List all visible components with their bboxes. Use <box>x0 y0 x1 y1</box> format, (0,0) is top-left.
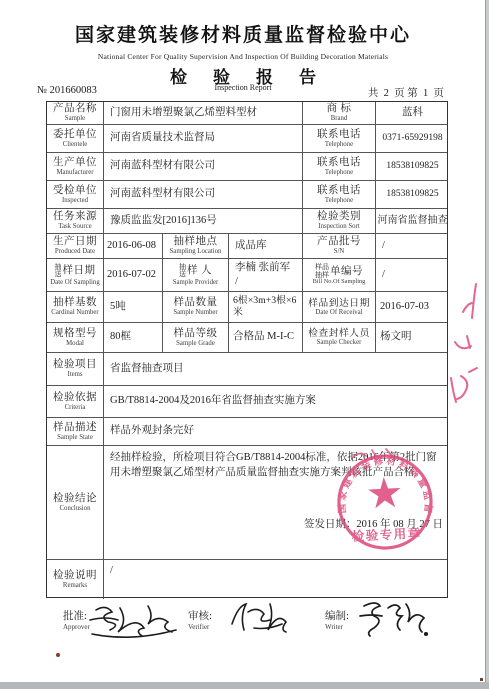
table-row: 抽 送 样日期 Date Of Sampling 2016-07-02 抽 送 … <box>47 259 447 292</box>
page-right-edge <box>485 0 489 689</box>
sample-checker-value: 杨文明 <box>376 323 449 352</box>
receival-date-value: 2016-07-03 <box>376 292 449 322</box>
sample-state-value: 样品外观封条完好 <box>104 418 449 445</box>
page-bottom-edge <box>0 682 489 689</box>
page-count: 共 2 页 第 1 页 <box>368 85 444 100</box>
stamp-star-icon <box>368 476 402 508</box>
produced-date-label: 生产日期 Produced Date <box>47 234 104 258</box>
sample-number-label: 样品数量 Sample Number <box>163 292 229 322</box>
inspected-tel-label: 联系电话 Telephone <box>303 181 376 208</box>
table-row: 生产日期 Produced Date 2016-06-08 抽样地点 Sampl… <box>47 234 447 259</box>
bill-no-value: / <box>376 259 449 291</box>
sample-provider-label: 抽 送 样 人 Sample Provider <box>163 259 229 291</box>
sn-value: / <box>376 234 449 258</box>
org-title-english: National Center For Quality Supervision … <box>0 52 486 61</box>
cardinal-number-label: 抽样基数 Cardinal Number <box>47 292 104 322</box>
criteria-value: GB/T8814-2004及2016年省监督抽查实施方案 <box>104 386 449 417</box>
table-row: 检验项目 Items 省监督抽查项目 <box>47 353 447 386</box>
table-row: 样品描述 Sample State 样品外观封条完好 <box>47 418 447 446</box>
sample-number-value: 6根×3m+3根×6米 <box>229 292 303 322</box>
product-label: 产品名称 Sample <box>47 102 104 124</box>
criteria-label: 检验依据 Criteria <box>47 386 104 417</box>
red-margin-annotation-icon <box>443 278 487 418</box>
conclusion-label: 检验结论 Conclusion <box>47 446 104 559</box>
remarks-value: / <box>104 560 449 599</box>
report-page: 国家建筑装修材料质量监督检验中心 National Center For Qua… <box>0 0 486 682</box>
sampling-location-value: 成品库 <box>229 234 303 258</box>
table-row: 产品名称 Sample 门窗用未增塑聚氯乙烯塑料型材 商 标 Brand 蓝科 <box>47 102 447 125</box>
writer-signature <box>354 596 432 641</box>
approver-signature <box>86 598 181 643</box>
sample-grade-value: 合格品 M-I-C <box>229 323 303 352</box>
client-tel-label: 联系电话 Telephone <box>303 125 376 152</box>
bill-no-label: 样品 抽样 单编号 Bill No.Of Sampling <box>303 259 376 291</box>
modal-label: 规格型号 Modal <box>47 323 104 352</box>
sample-grade-label: 样品等级 Sample Grade <box>163 323 229 352</box>
org-title: 国家建筑装修材料质量监督检验中心 <box>0 20 486 47</box>
sn-label: 产品批号 S/N <box>303 234 376 258</box>
inspected-label: 受检单位 Inspected <box>47 181 104 208</box>
writer-label: 编制: Writer <box>325 608 349 631</box>
manufacturer-tel-label: 联系电话 Telephone <box>303 153 376 180</box>
brand-value: 蓝科 <box>376 102 449 124</box>
sampling-date-value: 2016-07-02 <box>104 259 163 291</box>
inspected-tel-value: 18538109825 <box>376 181 449 208</box>
remarks-label: 检验说明 Remarks <box>47 560 104 599</box>
table-row: 委托单位 Clientele 河南省质量技术监督局 联系电话 Telephone… <box>47 125 447 153</box>
produced-date-value: 2016-06-08 <box>104 234 163 258</box>
manufacturer-label: 生产单位 Manufacturer <box>47 153 104 180</box>
table-row: 抽样基数 Cardinal Number 5吨 样品数量 Sample Numb… <box>47 292 447 323</box>
table-row: 检验依据 Criteria GB/T8814-2004及2016年省监督抽查实施… <box>47 386 447 418</box>
items-value: 省监督抽查项目 <box>104 353 449 385</box>
sample-state-label: 样品描述 Sample State <box>47 418 104 445</box>
task-source-value: 豫质监监发[2016]136号 <box>104 209 303 233</box>
inspection-sort-label: 检验类别 Inspection Sort <box>303 209 376 233</box>
client-value: 河南省质量技术监督局 <box>104 125 303 152</box>
table-row: 任务来源 Task Source 豫质监监发[2016]136号 检验类别 In… <box>47 209 447 234</box>
table-row: 检验说明 Remarks / <box>47 560 447 599</box>
inspected-value: 河南蓝科型材有限公司 <box>104 181 303 208</box>
report-number: № 201660083 <box>37 85 97 96</box>
inspection-sort-value: 河南省监督抽查 <box>376 209 449 233</box>
modal-value: 80框 <box>104 323 163 352</box>
sampling-date-label: 抽 送 样日期 Date Of Sampling <box>47 259 104 291</box>
ink-dot <box>56 653 60 657</box>
task-source-label: 任务来源 Task Source <box>47 209 104 233</box>
receival-date-label: 样品到达日期 Date Of Receival <box>303 292 376 322</box>
sampling-location-label: 抽样地点 Sampling Location <box>163 234 229 258</box>
brand-label: 商 标 Brand <box>303 102 376 124</box>
product-value: 门窗用未增塑聚氯乙烯塑料型材 <box>104 102 303 124</box>
table-row: 规格型号 Modal 80框 样品等级 Sample Grade 合格品 M-I… <box>47 323 447 353</box>
table-row: 生产单位 Manufacturer 河南蓝科型材有限公司 联系电话 Teleph… <box>47 153 447 181</box>
red-pen-mark-icon <box>348 446 398 464</box>
client-label: 委托单位 Clientele <box>47 125 104 152</box>
table-row: 受检单位 Inspected 河南蓝科型材有限公司 联系电话 Telephone… <box>47 181 447 209</box>
verifier-label: 审核: Verifier <box>188 608 212 631</box>
client-tel-value: 0371-65929198 <box>376 125 449 152</box>
corner-mark <box>480 678 483 681</box>
items-label: 检验项目 Items <box>47 353 104 385</box>
sample-provider-value: 李楠 张前军 / <box>229 259 303 291</box>
cardinal-number-value: 5吨 <box>104 292 163 322</box>
manufacturer-tel-value: 18538109825 <box>376 153 449 180</box>
sample-checker-label: 检查封样人员 Sample Checker <box>303 323 376 352</box>
verifier-signature <box>224 598 292 638</box>
manufacturer-value: 河南蓝科型材有限公司 <box>104 153 303 180</box>
